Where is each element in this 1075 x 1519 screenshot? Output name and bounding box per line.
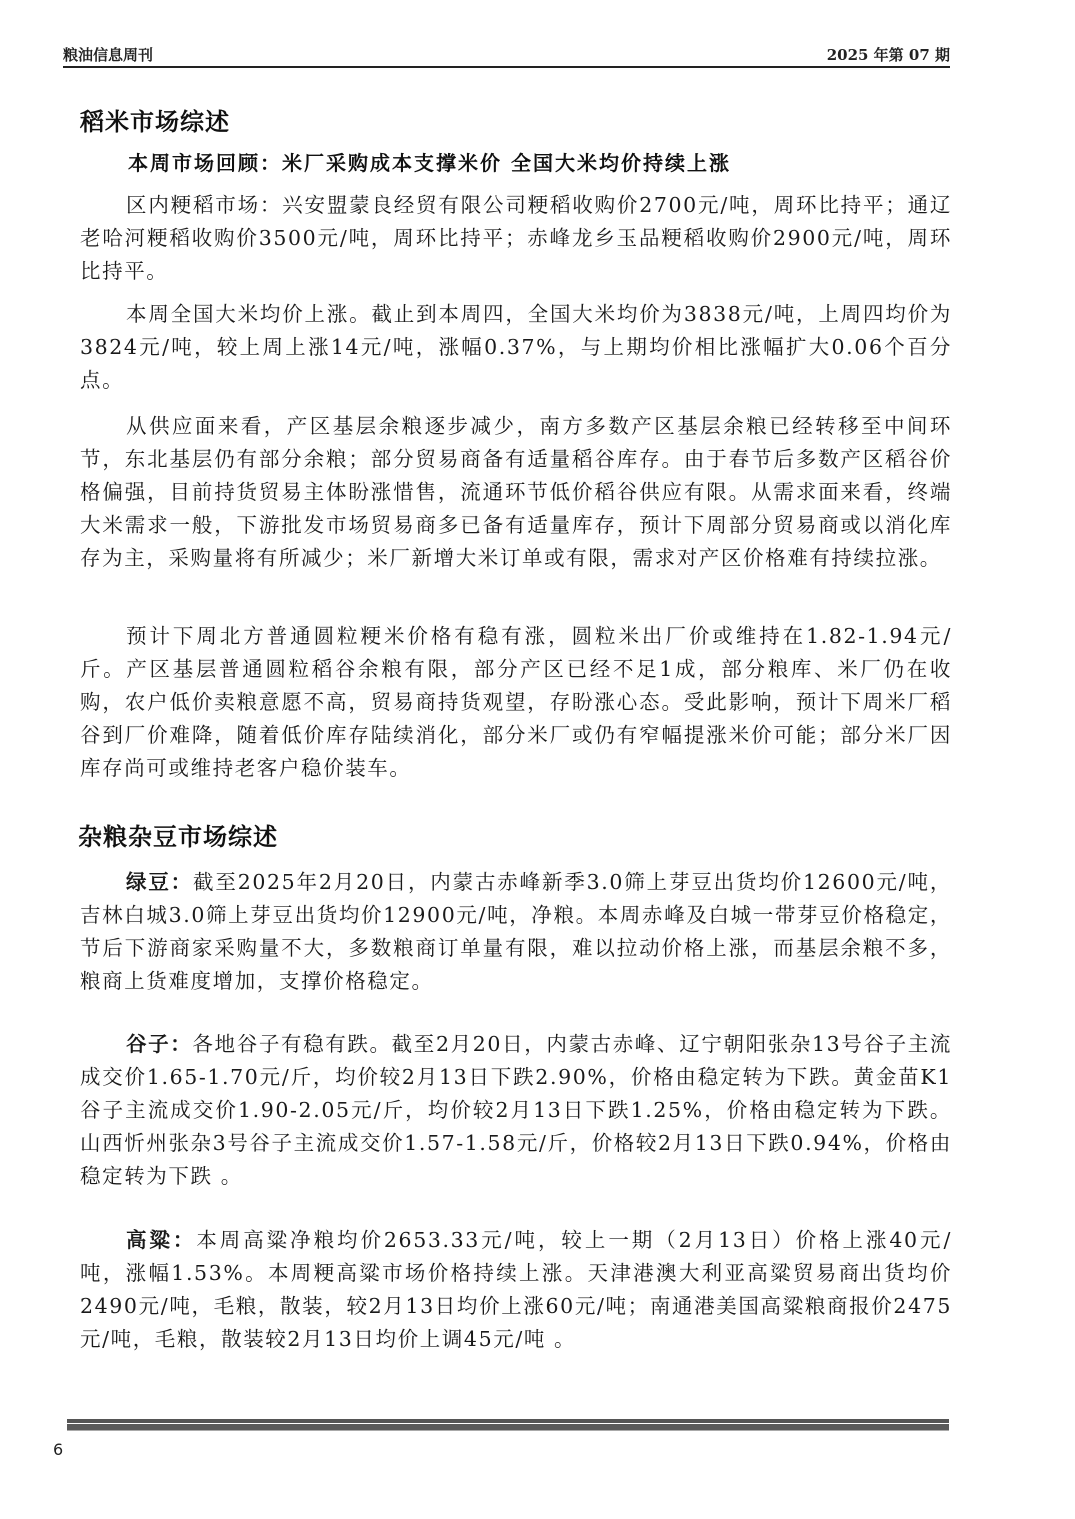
rice-paragraph-1: 区内粳稻市场：兴安盟蒙良经贸有限公司粳稻收购价2700元/吨，周环比持平；通辽老… [80,189,952,288]
rice-paragraph-4: 预计下周北方普通圆粒粳米价格有稳有涨，圆粒米出厂价或维持在1.82-1.94元/… [80,620,952,785]
rice-section-subtitle: 本周市场回顾：米厂采购成本支撑米价 全国大米均价持续上涨 [128,147,731,176]
millet-paragraph: 谷子：各地谷子有稳有跌。截至2月20日，内蒙古赤峰、辽宁朝阳张杂13号谷子主流成… [80,1028,952,1193]
rice-section-title: 稻米市场综述 [80,102,230,137]
sorghum-label: 高粱： [126,1228,196,1252]
rice-paragraph-2: 本周全国大米均价上涨。截止到本周四，全国大米均价为3838元/吨，上周四均价为3… [80,298,952,397]
mung-bean-text: 截至2025年2月20日，内蒙古赤峰新季3.0筛上芽豆出货均价12600元/吨，… [80,870,952,993]
grains-section-title: 杂粮杂豆市场综述 [78,817,278,852]
rice-paragraph-3: 从供应面来看，产区基层余粮逐步减少，南方多数产区基层余粮已经转移至中间环节，东北… [80,410,952,575]
publication-name: 粮油信息周刊 [63,44,153,65]
mung-bean-label: 绿豆： [126,870,193,894]
millet-text: 各地谷子有稳有跌。截至2月20日，内蒙古赤峰、辽宁朝阳张杂13号谷子主流成交价1… [80,1032,952,1188]
running-header: 粮油信息周刊 2025 年第 07 期 [63,44,950,68]
page-number: 6 [53,1440,63,1459]
sorghum-paragraph: 高粱：本周高粱净粮均价2653.33元/吨，较上一期（2月13日）价格上涨40元… [80,1224,952,1356]
millet-label: 谷子： [126,1032,192,1056]
mung-bean-paragraph: 绿豆：截至2025年2月20日，内蒙古赤峰新季3.0筛上芽豆出货均价12600元… [80,866,952,998]
footer-divider-thick [67,1424,949,1431]
issue-number: 2025 年第 07 期 [827,44,950,65]
sorghum-text: 本周高粱净粮均价2653.33元/吨，较上一期（2月13日）价格上涨40元/吨，… [80,1228,952,1351]
footer-divider-thin [67,1419,949,1423]
